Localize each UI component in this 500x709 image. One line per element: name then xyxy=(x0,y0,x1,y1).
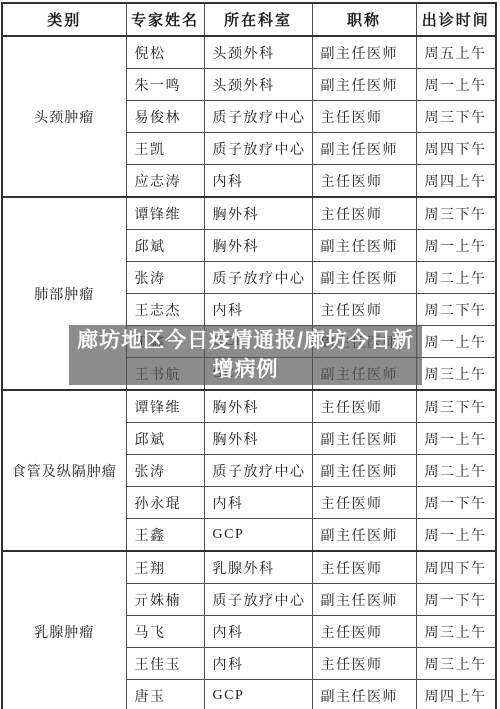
department-cell: 胸外科 xyxy=(204,390,312,423)
expert-name-cell: 唐玉 xyxy=(126,680,204,709)
title-cell: 副主任医师 xyxy=(312,423,416,455)
title-cell: 副主任医师 xyxy=(312,262,416,294)
expert-name-cell: 谭锋维 xyxy=(126,197,204,230)
department-cell: 乳腺外科 xyxy=(204,551,312,584)
expert-name-cell: 孙永琨 xyxy=(126,487,204,519)
title-cell: 主任医师 xyxy=(312,101,416,133)
title-cell: 主任医师 xyxy=(312,551,416,584)
visit-time-cell: 周三下午 xyxy=(416,390,496,423)
visit-time-cell: 周三下午 xyxy=(416,101,496,133)
department-cell: GCP xyxy=(204,519,312,552)
expert-name-cell: 易俊林 xyxy=(126,101,204,133)
expert-name-cell: 王佳玉 xyxy=(126,648,204,680)
visit-time-cell: 周四下午 xyxy=(416,551,496,584)
expert-name-cell: 邱斌 xyxy=(126,423,204,455)
expert-name-cell: 王凯 xyxy=(126,133,204,165)
title-cell: 主任医师 xyxy=(312,294,416,326)
column-header-title: 职称 xyxy=(312,3,416,36)
overlay-banner: 廊坊地区今日疫情通报/廊坊今日新 增病例 xyxy=(69,325,422,385)
visit-time-cell: 周一上午 xyxy=(416,519,496,552)
visit-time-cell: 周三下午 xyxy=(416,197,496,230)
visit-time-cell: 周四上午 xyxy=(416,680,496,709)
title-cell: 副主任医师 xyxy=(312,133,416,165)
department-cell: 头颈外科 xyxy=(204,69,312,101)
category-cell: 食管及纵隔肿瘤 xyxy=(2,390,126,551)
title-cell: 主任医师 xyxy=(312,616,416,648)
category-cell: 乳腺肿瘤 xyxy=(2,551,126,709)
expert-name-cell: 王翔 xyxy=(126,551,204,584)
department-cell: 胸外科 xyxy=(204,423,312,455)
visit-time-cell: 周一上午 xyxy=(416,423,496,455)
table-header: 类别 专家姓名 所在科室 职称 出诊时间 xyxy=(2,3,496,36)
visit-time-cell: 周四上午 xyxy=(416,165,496,198)
header-row: 类别 专家姓名 所在科室 职称 出诊时间 xyxy=(2,3,496,36)
visit-time-cell: 周二上午 xyxy=(416,262,496,294)
title-cell: 副主任医师 xyxy=(312,69,416,101)
column-header-department: 所在科室 xyxy=(204,3,312,36)
overlay-banner-line1: 廊坊地区今日疫情通报/廊坊今日新 xyxy=(77,326,414,355)
visit-time-cell: 周一下午 xyxy=(416,487,496,519)
visit-time-cell: 周五上午 xyxy=(416,36,496,69)
visit-time-cell: 周二下午 xyxy=(416,294,496,326)
visit-time-cell: 周四下午 xyxy=(416,133,496,165)
department-cell: 内科 xyxy=(204,165,312,198)
overlay-banner-line2: 增病例 xyxy=(213,355,279,384)
department-cell: 内科 xyxy=(204,294,312,326)
visit-time-cell: 周一下午 xyxy=(416,584,496,616)
expert-name-cell: 张涛 xyxy=(126,455,204,487)
department-cell: 胸外科 xyxy=(204,230,312,262)
department-cell: 质子放疗中心 xyxy=(204,101,312,133)
department-cell: 内科 xyxy=(204,487,312,519)
table-row: 食管及纵隔肿瘤谭锋维胸外科主任医师周三下午 xyxy=(2,390,496,423)
department-cell: 质子放疗中心 xyxy=(204,262,312,294)
visit-time-cell: 周一上午 xyxy=(416,326,496,358)
title-cell: 副主任医师 xyxy=(312,519,416,552)
department-cell: 内科 xyxy=(204,616,312,648)
title-cell: 副主任医师 xyxy=(312,455,416,487)
visit-time-cell: 周一上午 xyxy=(416,230,496,262)
visit-time-cell: 周一上午 xyxy=(416,69,496,101)
department-cell: GCP xyxy=(204,680,312,709)
visit-time-cell: 周三上午 xyxy=(416,648,496,680)
title-cell: 副主任医师 xyxy=(312,680,416,709)
title-cell: 主任医师 xyxy=(312,165,416,198)
column-header-expert-name: 专家姓名 xyxy=(126,3,204,36)
expert-name-cell: 朱一鸣 xyxy=(126,69,204,101)
department-cell: 头颈外科 xyxy=(204,36,312,69)
screenshot-root: 类别 专家姓名 所在科室 职称 出诊时间 头颈肿瘤倪松头颈外科副主任医师周五上午… xyxy=(0,0,500,709)
visit-time-cell: 周三上午 xyxy=(416,358,496,391)
title-cell: 主任医师 xyxy=(312,390,416,423)
department-cell: 质子放疗中心 xyxy=(204,455,312,487)
title-cell: 副主任医师 xyxy=(312,36,416,69)
table-row: 头颈肿瘤倪松头颈外科副主任医师周五上午 xyxy=(2,36,496,69)
title-cell: 主任医师 xyxy=(312,197,416,230)
expert-name-cell: 应志涛 xyxy=(126,165,204,198)
expert-name-cell: 王鑫 xyxy=(126,519,204,552)
title-cell: 副主任医师 xyxy=(312,584,416,616)
expert-name-cell: 谭锋维 xyxy=(126,390,204,423)
category-cell: 头颈肿瘤 xyxy=(2,36,126,197)
title-cell: 主任医师 xyxy=(312,487,416,519)
title-cell: 副主任医师 xyxy=(312,230,416,262)
expert-name-cell: 邱斌 xyxy=(126,230,204,262)
column-header-category: 类别 xyxy=(2,3,126,36)
expert-name-cell: 倪松 xyxy=(126,36,204,69)
expert-name-cell: 亓姝楠 xyxy=(126,584,204,616)
expert-name-cell: 马飞 xyxy=(126,616,204,648)
department-cell: 质子放疗中心 xyxy=(204,133,312,165)
title-cell: 主任医师 xyxy=(312,648,416,680)
table-row: 乳腺肿瘤王翔乳腺外科主任医师周四下午 xyxy=(2,551,496,584)
expert-name-cell: 王志杰 xyxy=(126,294,204,326)
table-row: 肺部肿瘤谭锋维胸外科主任医师周三下午 xyxy=(2,197,496,230)
visit-time-cell: 周三上午 xyxy=(416,616,496,648)
department-cell: 内科 xyxy=(204,648,312,680)
visit-time-cell: 周二上午 xyxy=(416,455,496,487)
column-header-visit-time: 出诊时间 xyxy=(416,3,496,36)
expert-name-cell: 张涛 xyxy=(126,262,204,294)
department-cell: 胸外科 xyxy=(204,197,312,230)
department-cell: 质子放疗中心 xyxy=(204,584,312,616)
